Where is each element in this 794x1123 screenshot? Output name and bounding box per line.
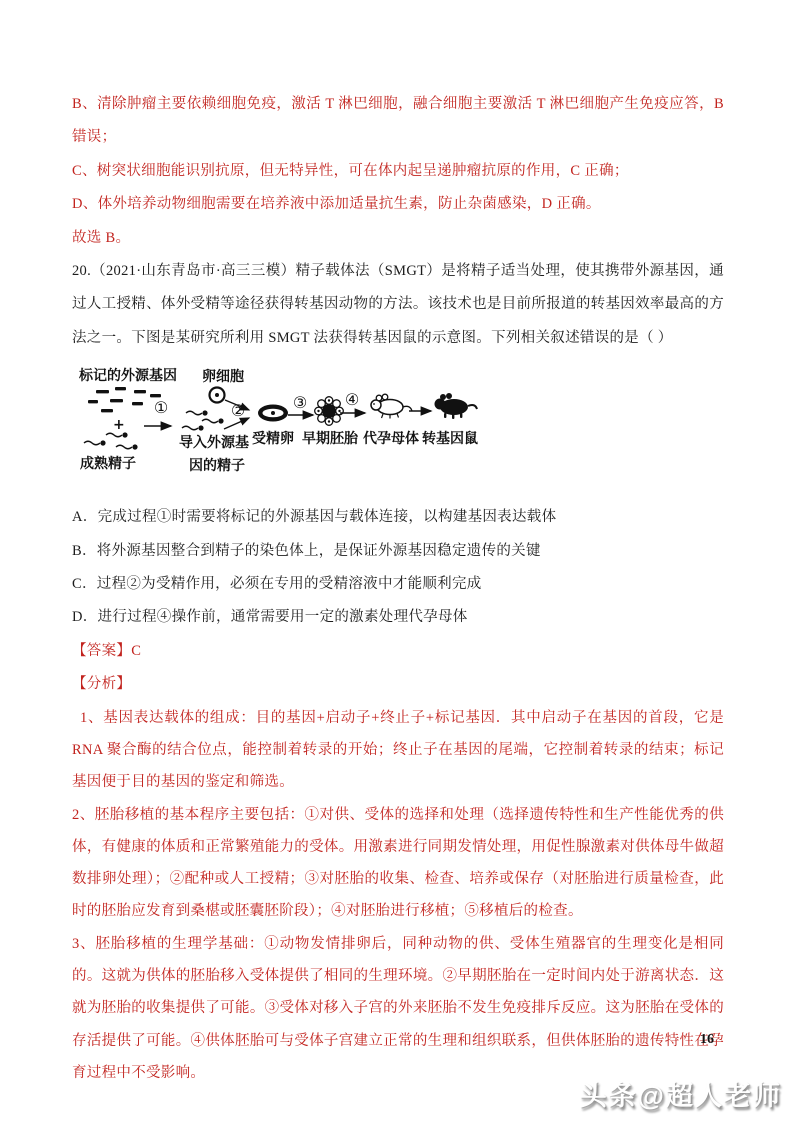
answer-tag: 【答案】C <box>72 635 724 668</box>
analysis-section: 1、基因表达载体的组成：目的基因+启动子+终止子+标记基因．其中启动子在基因的首… <box>72 702 724 1090</box>
labeled-gene-label: 标记的外源基因 <box>78 367 177 383</box>
transgenic-mouse-label: 转基因鼠 <box>422 430 478 446</box>
option-b: B．将外源基因整合到精子的染色体上，是保证外源基因稳定遗传的关键 <box>72 535 724 568</box>
surrogate-label: 代孕母体 <box>363 430 419 446</box>
gene-fragments-icon <box>88 387 161 412</box>
transgenic-mouse-icon <box>435 393 478 419</box>
mature-sperm-icon <box>84 433 138 450</box>
analysis-paragraph-1: 1、基因表达载体的组成：目的基因+启动子+终止子+标记基因．其中启动子在基因的首… <box>72 702 724 799</box>
gene-loaded-sperm-icon <box>182 411 224 431</box>
smgt-process-diagram: 标记的外源基因 + 成熟精子 ① <box>76 363 724 489</box>
answer-line-d: D、体外培养动物细胞需要在培养液中添加适量抗生素，防止杂菌感染，D 正确。 <box>72 188 724 221</box>
toutiao-watermark: 头条@超人老师 <box>580 1074 782 1113</box>
analysis-paragraph-2: 2、胚胎移植的基本程序主要包括：①对供、受体的选择和处理（选择遗传特性和生产性能… <box>72 799 724 928</box>
smgt-diagram-svg: 标记的外源基因 + 成熟精子 ① <box>76 363 488 485</box>
document-body: B、清除肿瘤主要依赖细胞免疫，激活 T 淋巴细胞，融合细胞主要激活 T 淋巴细胞… <box>72 88 724 1089</box>
question-stem: 20.（2021·山东青岛市·高三三模）精子载体法（SMGT）是将精子适当处理，… <box>72 255 724 355</box>
egg-cell-label: 卵细胞 <box>202 368 244 384</box>
option-d: D．进行过程④操作前，通常需要用一定的激素处理代孕母体 <box>72 601 724 634</box>
step4-badge: ④ <box>345 390 359 409</box>
egg-cell-icon <box>210 388 225 403</box>
plus-sign: + <box>113 417 125 433</box>
option-c: C．过程②为受精作用，必须在专用的受精溶液中才能顺利完成 <box>72 568 724 601</box>
page-number: 16 <box>700 1032 714 1048</box>
zygote-icon <box>258 405 288 422</box>
answer-line-b: B、清除肿瘤主要依赖细胞免疫，激活 T 淋巴细胞，融合细胞主要激活 T 淋巴细胞… <box>72 88 724 155</box>
analysis-paragraph-3: 3、胚胎移植的生理学基础：①动物发情排卵后，同种动物的供、受体生殖器官的生理变化… <box>72 928 724 1089</box>
embryo-icon <box>315 397 344 426</box>
mature-sperm-label: 成熟精子 <box>80 455 136 471</box>
analysis-tag: 【分析】 <box>72 668 724 701</box>
step1-badge: ① <box>154 398 168 417</box>
gene-loaded-sperm-label-2: 因的精子 <box>189 457 245 473</box>
answer-conclusion: 故选 B。 <box>72 222 724 255</box>
gene-loaded-sperm-label-1: 导入外源基 <box>179 434 249 450</box>
zygote-label: 受精卵 <box>252 430 294 446</box>
step3-badge: ③ <box>293 393 307 412</box>
surrogate-mouse-icon <box>371 394 412 418</box>
answer-line-c: C、树突状细胞能识别抗原，但无特异性，可在体内起呈递肿瘤抗原的作用，C 正确； <box>72 155 724 188</box>
option-a: A．完成过程①时需要将标记的外源基因与载体连接，以构建基因表达载体 <box>72 501 724 534</box>
embryo-label: 早期胚胎 <box>302 430 359 446</box>
